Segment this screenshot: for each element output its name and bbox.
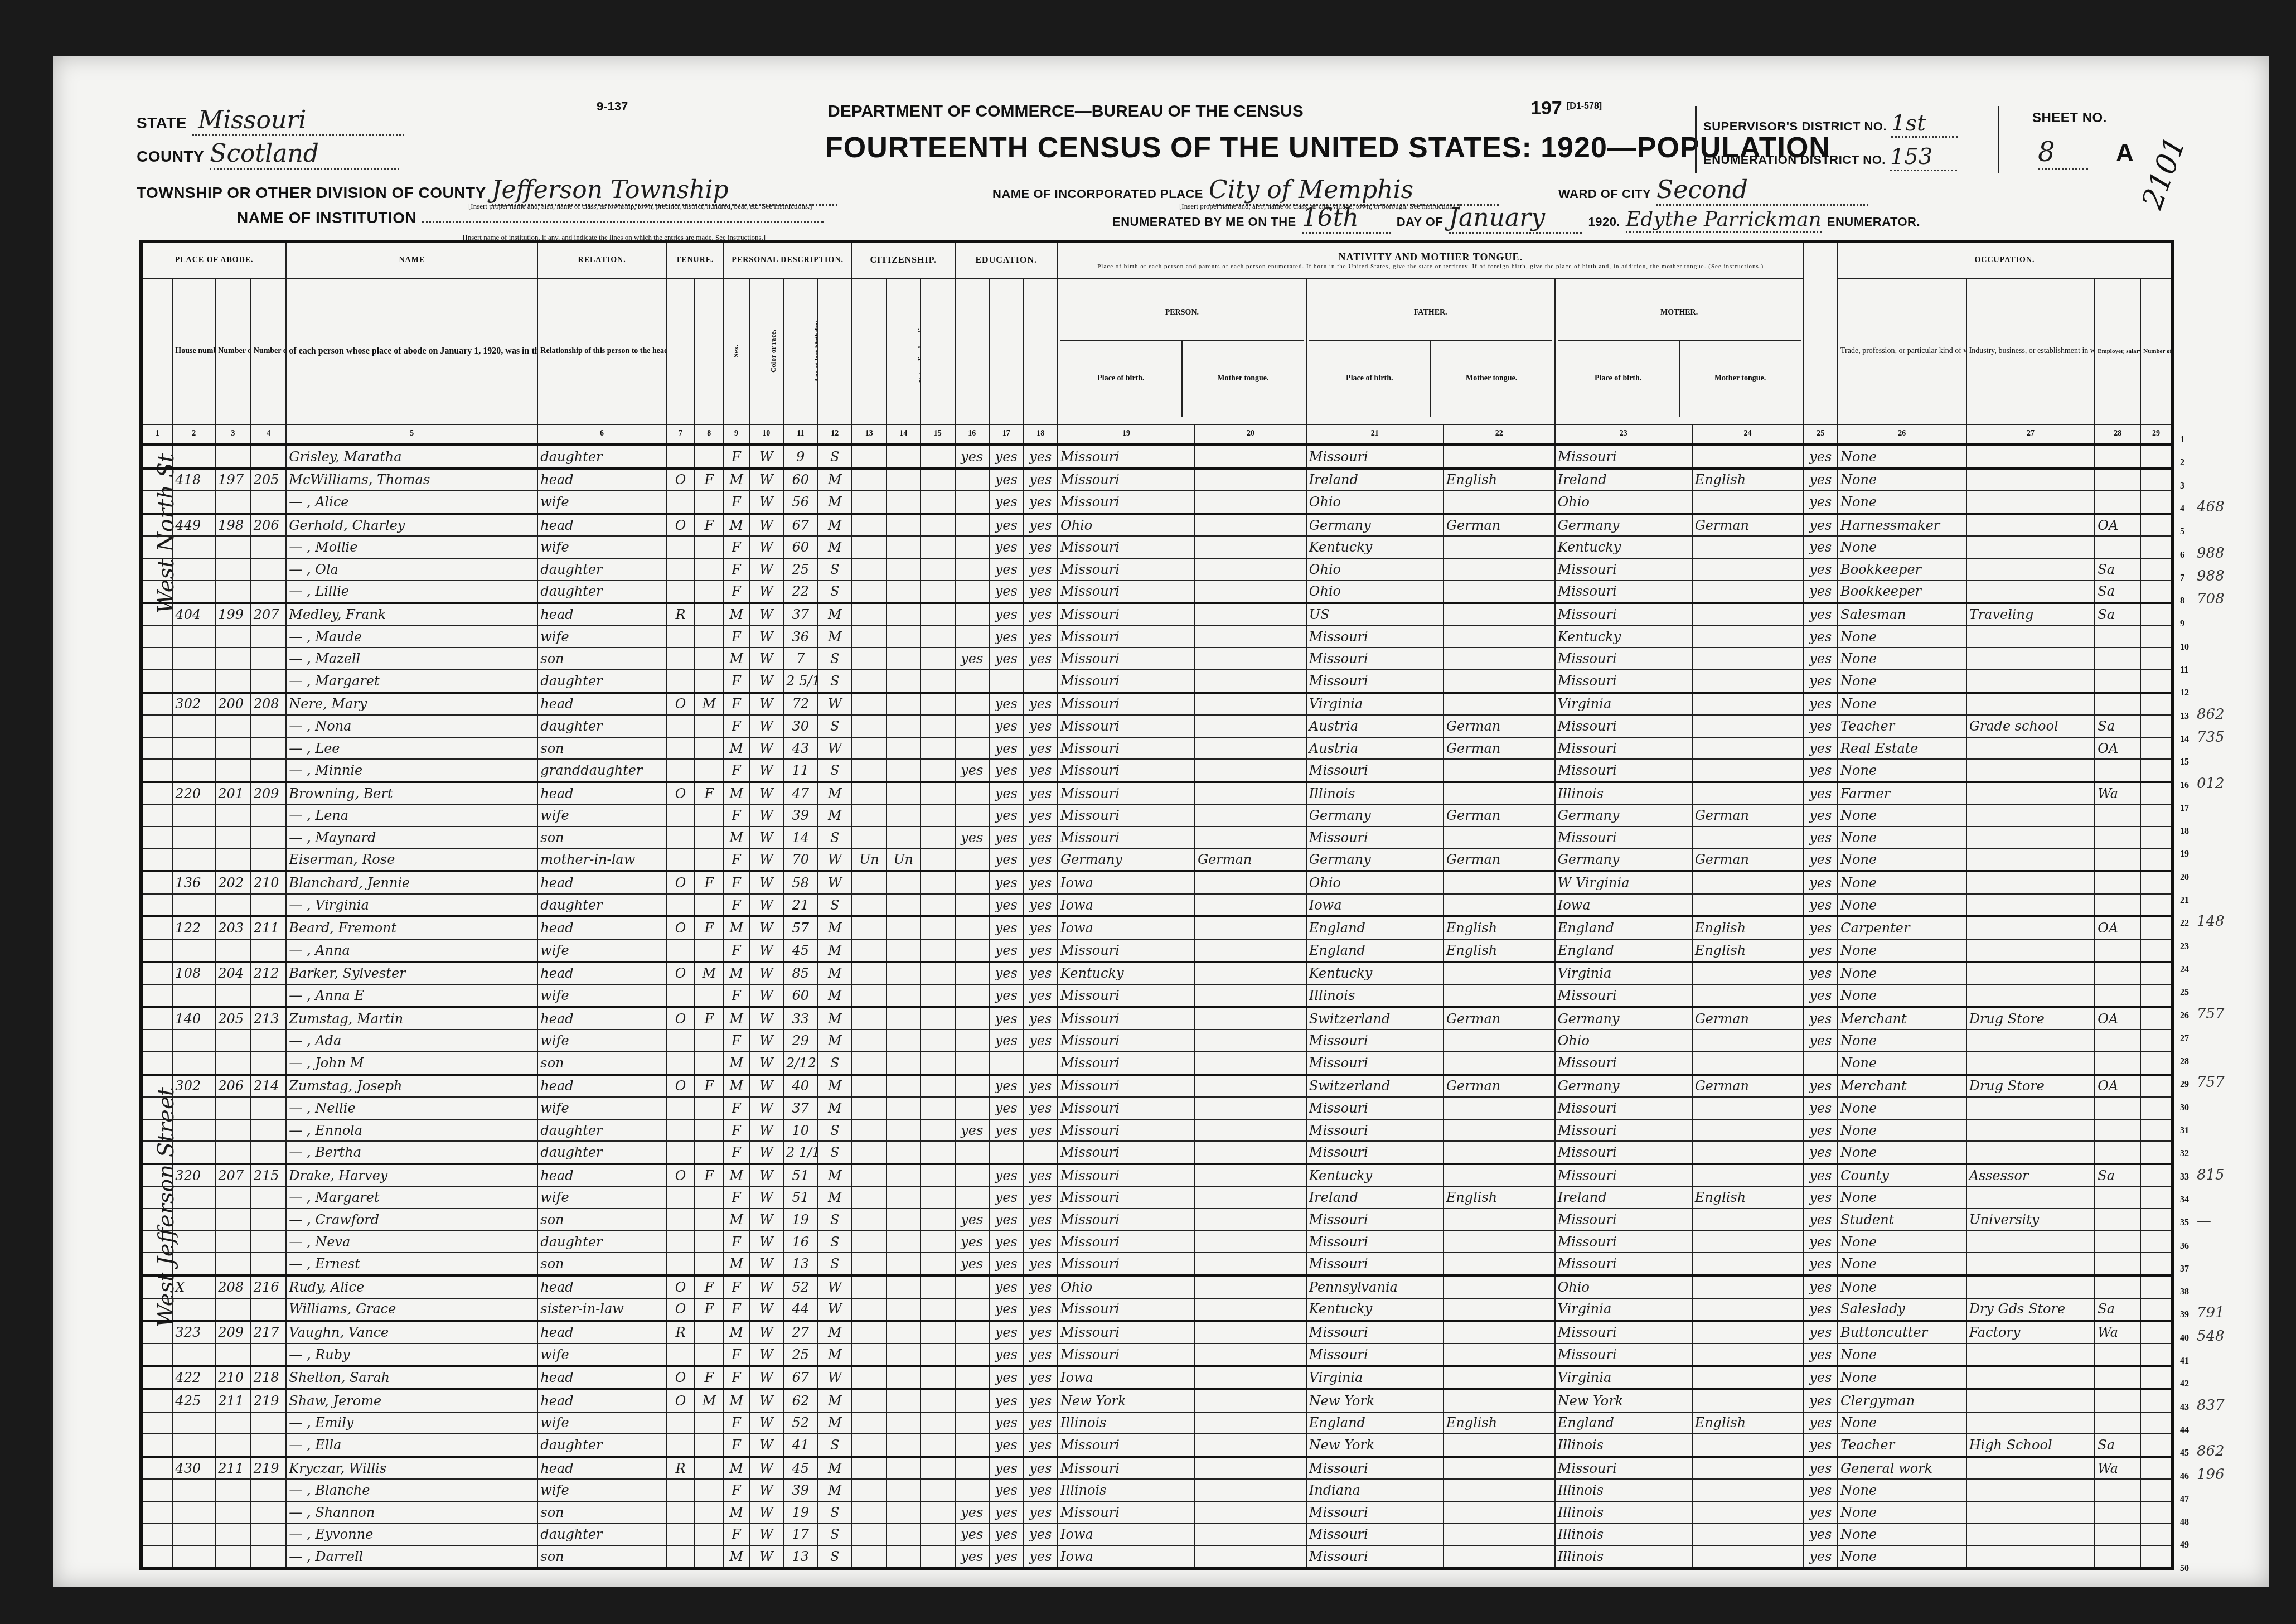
cell-age: 29 (783, 1029, 817, 1052)
cell-immigration-year (852, 1164, 886, 1187)
cell-owned-free: F (695, 1075, 723, 1098)
cell-father-birthplace: Ohio (1306, 871, 1444, 894)
cell-attended-school (955, 1187, 989, 1209)
table-row: 320207215Drake, HarveyheadOFMW51MyesyesM… (141, 1164, 2173, 1187)
cell-owned-free: F (695, 871, 723, 894)
cell-mother-tongue-of-mother (1692, 1501, 1804, 1524)
col-num-2: 2 (172, 424, 215, 444)
cell-naturalized (887, 1275, 921, 1298)
cell-immigration-year (852, 916, 886, 939)
cell-father-tongue: German (1444, 1075, 1555, 1098)
cell-person-name: — , Margaret (286, 670, 537, 693)
cell-owned-free (695, 670, 723, 693)
cell-mother-tongue (1195, 1231, 1306, 1253)
cell-mother-birthplace: Missouri (1555, 603, 1692, 626)
enumeration-date-field: ENUMERATED BY ME ON THE 16th DAY OF Janu… (1112, 204, 1920, 234)
cell-farm-schedule (2140, 603, 2173, 626)
cell-family-number: 212 (251, 962, 287, 985)
cell-speaks-english: yes (1804, 1209, 1838, 1231)
cell-naturalization-year (921, 916, 955, 939)
cell-father-tongue (1444, 1524, 1555, 1546)
table-row: — , Anna EwifeFW60MyesyesMissouriIllinoi… (141, 984, 2173, 1007)
cell-street (141, 1545, 172, 1569)
cell-speaks-english: yes (1804, 558, 1838, 581)
cell-mother-tongue-of-mother (1692, 1366, 1804, 1389)
cell-age: 36 (783, 626, 817, 648)
cell-farm-schedule (2140, 737, 2173, 760)
cell-home-owned (666, 581, 695, 603)
cell-birthplace: Iowa (1058, 916, 1195, 939)
group-relation: RELATION. (537, 241, 666, 278)
cell-birthplace: Kentucky (1058, 962, 1195, 985)
cell-color: W (749, 626, 783, 648)
cell-sex: F (723, 581, 749, 603)
cell-house-number (172, 1052, 215, 1075)
table-row: — , EmilywifeFW52MyesyesIllinoisEnglandE… (141, 1412, 2173, 1434)
cell-dwelling-number (215, 759, 251, 782)
cell-mother-birthplace: Iowa (1555, 894, 1692, 917)
cell-mother-birthplace: Missouri (1555, 826, 1692, 849)
cell-home-owned: O (666, 1298, 695, 1321)
line-number: 47 (2180, 1495, 2189, 1505)
cell-naturalized (887, 1321, 921, 1343)
cell-sex: F (723, 1097, 749, 1119)
header-col-11: Age at last birthday. (783, 278, 817, 424)
enumerated-label: ENUMERATED BY ME ON THE (1112, 215, 1296, 229)
cell-person-name: — , Lena (286, 805, 537, 827)
table-row: 220201209Browning, BertheadOFMW47Myesyes… (141, 782, 2173, 805)
cell-age: 52 (783, 1412, 817, 1434)
institution-value (422, 221, 824, 223)
cell-father-birthplace: Germany (1306, 849, 1444, 872)
cell-father-tongue (1444, 1119, 1555, 1142)
cell-mother-tongue-of-mother (1692, 1545, 1804, 1569)
cell-owned-free (695, 1501, 723, 1524)
cell-mother-tongue-of-mother (1692, 693, 1804, 716)
enumeration-district-label: ENUMERATION DISTRICT NO. (1703, 153, 1886, 167)
cell-sex: M (723, 782, 749, 805)
line-number: 30 (2180, 1103, 2189, 1113)
cell-birthplace: Missouri (1058, 1187, 1195, 1209)
cell-mother-tongue-of-mother (1692, 581, 1804, 603)
cell-person-name: — , Ada (286, 1029, 537, 1052)
cell-mother-tongue-of-mother (1692, 715, 1804, 737)
cell-speaks-english: yes (1804, 1524, 1838, 1546)
cell-speaks-english: yes (1804, 805, 1838, 827)
cell-family-number: 211 (251, 916, 287, 939)
cell-farm-schedule (2140, 1119, 2173, 1142)
line-number: 3 (2180, 481, 2184, 491)
cell-can-read (989, 1052, 1023, 1075)
cell-attended-school: yes (955, 1253, 989, 1275)
line-number: 22 (2180, 919, 2189, 929)
cell-attended-school (955, 916, 989, 939)
cell-mother-birthplace: England (1555, 1412, 1692, 1434)
cell-relation: head (537, 962, 666, 985)
cell-home-owned: O (666, 1275, 695, 1298)
line-number: 13 (2180, 712, 2189, 722)
cell-father-birthplace: Missouri (1306, 1119, 1444, 1142)
cell-mother-birthplace: Missouri (1555, 558, 1692, 581)
cell-person-name: Barker, Sylvester (286, 962, 537, 985)
cell-marital-status: M (818, 1389, 852, 1412)
cell-naturalized (887, 558, 921, 581)
cell-can-read: yes (989, 1545, 1023, 1569)
cell-street (141, 1231, 172, 1253)
cell-relation: son (537, 647, 666, 670)
cell-can-read: yes (989, 1343, 1023, 1366)
cell-age: 16 (783, 1231, 817, 1253)
cell-father-tongue (1444, 603, 1555, 626)
cell-naturalized (887, 871, 921, 894)
cell-trade: None (1838, 939, 1966, 962)
cell-owned-free (695, 1479, 723, 1501)
state-field: STATE Missouri (137, 106, 404, 136)
cell-can-write: yes (1023, 1119, 1057, 1142)
cell-marital-status: M (818, 603, 852, 626)
cell-mother-birthplace: Missouri (1555, 715, 1692, 737)
line-number: 44 (2180, 1425, 2189, 1435)
cell-age: 67 (783, 514, 817, 536)
cell-color: W (749, 1298, 783, 1321)
cell-immigration-year (852, 491, 886, 514)
cell-marital-status: M (818, 782, 852, 805)
cell-can-write: yes (1023, 1343, 1057, 1366)
cell-marital-status: S (818, 670, 852, 693)
cell-sex: M (723, 1545, 749, 1569)
cell-farm-schedule (2140, 693, 2173, 716)
cell-can-read (989, 1141, 1023, 1164)
cell-naturalization-year (921, 871, 955, 894)
cell-naturalized (887, 444, 921, 468)
cell-speaks-english: yes (1804, 1389, 1838, 1412)
table-row: — , ErnestsonMW13SyesyesyesMissouriMisso… (141, 1253, 2173, 1275)
cell-sex: M (723, 1457, 749, 1480)
cell-father-birthplace: Pennsylvania (1306, 1275, 1444, 1298)
cell-mother-tongue-of-mother (1692, 1389, 1804, 1412)
cell-birthplace: Missouri (1058, 1343, 1195, 1366)
cell-can-write: yes (1023, 962, 1057, 985)
cell-house-number (172, 1231, 215, 1253)
col-num-5: 5 (286, 424, 537, 444)
cell-attended-school: yes (955, 826, 989, 849)
header-col-4: Number of family in order of visitation. (251, 278, 287, 424)
cell-can-write (1023, 670, 1057, 693)
group-nativity: NATIVITY AND MOTHER TONGUE. Place of bir… (1058, 241, 1804, 278)
cell-can-write: yes (1023, 1366, 1057, 1389)
line-number: 45 (2180, 1448, 2189, 1458)
cell-street (141, 962, 172, 985)
cell-house-number (172, 737, 215, 760)
cell-family-number (251, 1029, 287, 1052)
cell-farm-schedule (2140, 782, 2173, 805)
cell-father-tongue (1444, 1545, 1555, 1569)
cell-dwelling-number (215, 491, 251, 514)
cell-dwelling-number (215, 1231, 251, 1253)
cell-sex: F (723, 626, 749, 648)
table-row: — , AlicewifeFW56MyesyesMissouriOhioOhio… (141, 491, 2173, 514)
cell-home-owned (666, 939, 695, 962)
table-row: 425211219Shaw, JeromeheadOMMW62MyesyesNe… (141, 1389, 2173, 1412)
cell-industry (1966, 1479, 2095, 1501)
cell-attended-school (955, 1457, 989, 1480)
cell-immigration-year (852, 444, 886, 468)
line-number: 11 (2180, 665, 2188, 675)
cell-age: 57 (783, 916, 817, 939)
cell-mother-birthplace: Missouri (1555, 581, 1692, 603)
cell-birthplace: Missouri (1058, 1007, 1195, 1030)
cell-mother-tongue-of-mother (1692, 558, 1804, 581)
cell-can-read: yes (989, 1457, 1023, 1480)
cell-naturalized (887, 1231, 921, 1253)
cell-naturalization-year (921, 759, 955, 782)
cell-marital-status: M (818, 916, 852, 939)
cell-immigration-year (852, 1029, 886, 1052)
cell-immigration-year (852, 1231, 886, 1253)
cell-dwelling-number (215, 849, 251, 872)
cell-worker-class: Wa (2095, 782, 2140, 805)
cell-owned-free (695, 1253, 723, 1275)
header-col-2: House number or farm, etc. (See instruct… (172, 278, 215, 424)
cell-industry (1966, 1366, 2095, 1389)
cell-owned-free: F (695, 1007, 723, 1030)
cell-father-birthplace: Missouri (1306, 1253, 1444, 1275)
cell-age: 2 5/12 (783, 670, 817, 693)
cell-speaks-english: yes (1804, 1231, 1838, 1253)
cell-age: 60 (783, 536, 817, 558)
cell-trade: None (1838, 962, 1966, 985)
cell-attended-school (955, 1164, 989, 1187)
cell-industry (1966, 468, 2095, 491)
cell-mother-tongue-of-mother: German (1692, 1075, 1804, 1098)
cell-immigration-year (852, 1052, 886, 1075)
cell-worker-class (2095, 1097, 2140, 1119)
cell-immigration-year (852, 1097, 886, 1119)
cell-marital-status: M (818, 1479, 852, 1501)
cell-age: 51 (783, 1164, 817, 1187)
cell-trade: None (1838, 1119, 1966, 1142)
cell-naturalized (887, 916, 921, 939)
cell-immigration-year (852, 581, 886, 603)
cell-owned-free (695, 1412, 723, 1434)
cell-house-number: 449 (172, 514, 215, 536)
cell-person-name: — , Margaret (286, 1187, 537, 1209)
cell-father-tongue: German (1444, 514, 1555, 536)
cell-birthplace: Missouri (1058, 1231, 1195, 1253)
cell-age: 30 (783, 715, 817, 737)
cell-age: 17 (783, 1524, 817, 1546)
cell-attended-school (955, 1412, 989, 1434)
cell-color: W (749, 1209, 783, 1231)
table-row: — , BerthadaughterFW2 1/12SMissouriMisso… (141, 1141, 2173, 1164)
cell-owned-free (695, 1545, 723, 1569)
cell-age: 2/12 (783, 1052, 817, 1075)
cell-trade: Farmer (1838, 782, 1966, 805)
cell-worker-class (2095, 1412, 2140, 1434)
cell-person-name: — , Darrell (286, 1545, 537, 1569)
cell-person-name: — , John M (286, 1052, 537, 1075)
cell-street (141, 759, 172, 782)
cell-trade: Bookkeeper (1838, 581, 1966, 603)
cell-mother-birthplace: Illinois (1555, 1434, 1692, 1457)
table-row: — , RubywifeFW25MyesyesMissouriMissouriM… (141, 1343, 2173, 1366)
cell-can-write: yes (1023, 715, 1057, 737)
cell-industry (1966, 1253, 2095, 1275)
cell-farm-schedule (2140, 1007, 2173, 1030)
cell-can-write: yes (1023, 1389, 1057, 1412)
cell-house-number: 425 (172, 1389, 215, 1412)
cell-speaks-english: yes (1804, 1501, 1838, 1524)
cell-mother-birthplace: Germany (1555, 849, 1692, 872)
header-col-27: Industry, business, or establishment in … (1966, 278, 2095, 424)
cell-sex: F (723, 693, 749, 716)
cell-age: 27 (783, 1321, 817, 1343)
cell-worker-class: Wa (2095, 1457, 2140, 1480)
cell-can-read: yes (989, 849, 1023, 872)
cell-family-number (251, 737, 287, 760)
line-number: 2 (2180, 458, 2184, 468)
cell-speaks-english: yes (1804, 1479, 1838, 1501)
cell-naturalized (887, 626, 921, 648)
cell-street (141, 491, 172, 514)
col-num-6: 6 (537, 424, 666, 444)
cell-father-birthplace: Switzerland (1306, 1075, 1444, 1098)
cell-mother-tongue-of-mother (1692, 984, 1804, 1007)
cell-attended-school (955, 737, 989, 760)
header-col-16: Attended school any time since Sept. 1, … (955, 278, 989, 424)
cell-speaks-english: yes (1804, 1141, 1838, 1164)
table-row: 422210218Shelton, SarahheadOFFW67Wyesyes… (141, 1366, 2173, 1389)
supervisor-district-label: SUPERVISOR'S DISTRICT NO. (1703, 119, 1887, 134)
cell-age: 67 (783, 1366, 817, 1389)
cell-sex: M (723, 1389, 749, 1412)
cell-trade: None (1838, 1412, 1966, 1434)
cell-color: W (749, 1412, 783, 1434)
cell-industry (1966, 1501, 2095, 1524)
cell-sex: M (723, 737, 749, 760)
cell-naturalization-year (921, 894, 955, 917)
cell-worker-class (2095, 1545, 2140, 1569)
cell-home-owned (666, 826, 695, 849)
table-row: — , MaudewifeFW36MyesyesMissouriMissouri… (141, 626, 2173, 648)
cell-family-number: 208 (251, 693, 287, 716)
margin-code-note: 837 (2197, 1397, 2225, 1414)
cell-family-number: 207 (251, 603, 287, 626)
cell-family-number: 214 (251, 1075, 287, 1098)
cell-house-number (172, 581, 215, 603)
header-col-29: Number of farm schedule. (2140, 278, 2173, 424)
cell-attended-school (955, 468, 989, 491)
cell-mother-tongue (1195, 626, 1306, 648)
cell-dwelling-number: 201 (215, 782, 251, 805)
cell-can-read: yes (989, 468, 1023, 491)
cell-can-read: yes (989, 1524, 1023, 1546)
cell-father-tongue (1444, 1164, 1555, 1187)
table-row: — , OladaughterFW25SyesyesMissouriOhioMi… (141, 558, 2173, 581)
cell-marital-status: S (818, 1545, 852, 1569)
line-number: 40 (2180, 1333, 2189, 1343)
cell-marital-status: M (818, 1164, 852, 1187)
cell-naturalized (887, 536, 921, 558)
cell-can-read: yes (989, 759, 1023, 782)
cell-naturalization-year (921, 1412, 955, 1434)
cell-naturalized (887, 1097, 921, 1119)
cell-speaks-english: yes (1804, 782, 1838, 805)
cell-marital-status: M (818, 1007, 852, 1030)
line-number: 41 (2180, 1356, 2189, 1366)
cell-farm-schedule (2140, 759, 2173, 782)
cell-mother-birthplace: Virginia (1555, 693, 1692, 716)
cell-color: W (749, 1389, 783, 1412)
table-row: — , VirginiadaughterFW21SyesyesIowaIowaI… (141, 894, 2173, 917)
cell-mother-tongue-of-mother (1692, 1052, 1804, 1075)
cell-naturalized (887, 1164, 921, 1187)
cell-can-write (1023, 1052, 1057, 1075)
cell-person-name: Vaughn, Vance (286, 1321, 537, 1343)
cell-attended-school: yes (955, 1524, 989, 1546)
cell-can-write: yes (1023, 1231, 1057, 1253)
cell-mother-tongue (1195, 1524, 1306, 1546)
cell-street (141, 1524, 172, 1546)
cell-industry (1966, 782, 2095, 805)
cell-dwelling-number (215, 715, 251, 737)
cell-immigration-year (852, 1275, 886, 1298)
cell-house-number: 136 (172, 871, 215, 894)
cell-dwelling-number (215, 1052, 251, 1075)
cell-father-tongue: English (1444, 1412, 1555, 1434)
cell-dwelling-number: 200 (215, 693, 251, 716)
cell-age: 2 1/12 (783, 1141, 817, 1164)
cell-home-owned (666, 1187, 695, 1209)
cell-worker-class (2095, 1231, 2140, 1253)
cell-immigration-year (852, 1434, 886, 1457)
cell-sex: F (723, 1479, 749, 1501)
cell-birthplace: Missouri (1058, 1434, 1195, 1457)
cell-age: 44 (783, 1298, 817, 1321)
cell-home-owned (666, 1343, 695, 1366)
header-col-15: If naturalized, year of naturalization. (921, 278, 955, 424)
cell-naturalized (887, 670, 921, 693)
cell-can-read: yes (989, 1434, 1023, 1457)
cell-color: W (749, 916, 783, 939)
cell-family-number (251, 647, 287, 670)
nativity-title: NATIVITY AND MOTHER TONGUE. (1060, 252, 1801, 263)
cell-father-tongue (1444, 581, 1555, 603)
cell-sex: F (723, 1119, 749, 1142)
cell-owned-free: F (695, 782, 723, 805)
cell-farm-schedule (2140, 444, 2173, 468)
cell-color: W (749, 603, 783, 626)
line-number: 12 (2180, 688, 2189, 698)
col-num-20: 20 (1195, 424, 1306, 444)
cell-birthplace: Missouri (1058, 558, 1195, 581)
cell-mother-birthplace: Missouri (1555, 647, 1692, 670)
margin-code-note: 012 (2197, 775, 2225, 792)
cell-naturalization-year (921, 693, 955, 716)
cell-immigration-year (852, 1187, 886, 1209)
cell-farm-schedule (2140, 1321, 2173, 1343)
col-num-12: 12 (818, 424, 852, 444)
table-row: — , LilliedaughterFW22SyesyesMissouriOhi… (141, 581, 2173, 603)
table-row: — , BlanchewifeFW39MyesyesIllinoisIndian… (141, 1479, 2173, 1501)
col-num-16: 16 (955, 424, 989, 444)
cell-birthplace: Missouri (1058, 1253, 1195, 1275)
cell-trade: Buttoncutter (1838, 1321, 1966, 1343)
cell-family-number (251, 1097, 287, 1119)
cell-street (141, 894, 172, 917)
cell-can-write: yes (1023, 871, 1057, 894)
cell-family-number (251, 1187, 287, 1209)
